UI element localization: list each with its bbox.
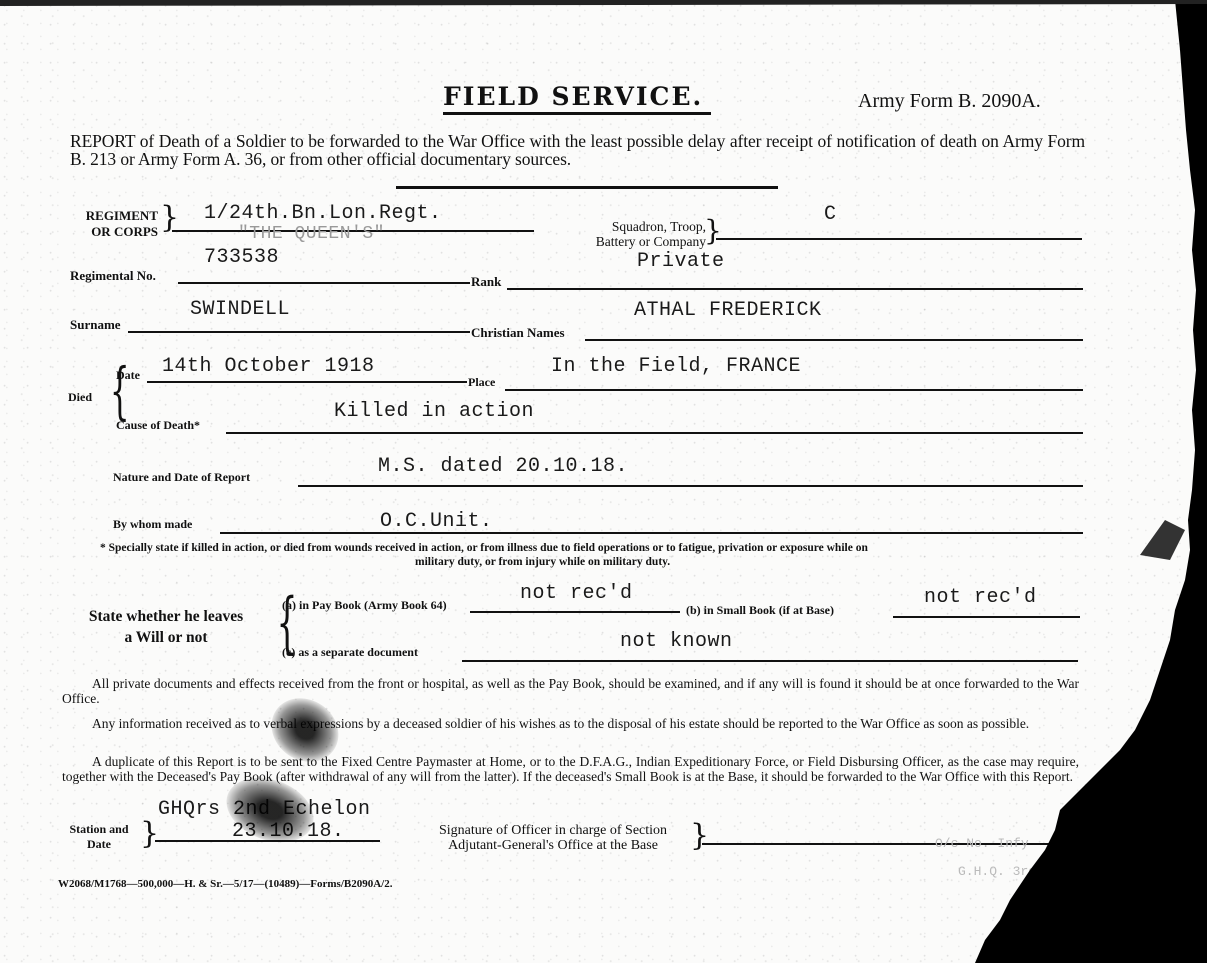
- station-date-label: Station and Date: [57, 822, 141, 852]
- station-label-line1: Station and: [57, 822, 141, 837]
- document-page: FIELD SERVICE. Army Form B. 2090A. REPOR…: [0, 0, 1207, 963]
- signature-label: Signature of Officer in charge of Sectio…: [416, 823, 690, 853]
- rank-line: [507, 288, 1083, 290]
- will-c-line: [462, 660, 1078, 662]
- regiment-label-line2: OR CORPS: [70, 224, 158, 240]
- will-c-label: (c) as a separate document: [282, 645, 418, 660]
- instruction-paragraph-1: All private documents and effects receiv…: [62, 676, 1079, 706]
- footnote-line1: * Specially state if killed in action, o…: [100, 542, 868, 554]
- squadron-label-line2: Battery or Company: [562, 234, 706, 249]
- cause-line: [226, 432, 1083, 434]
- christian-names-value: ATHAL FREDERICK: [634, 299, 822, 322]
- will-a-value: not rec'd: [520, 582, 633, 605]
- regimental-no-value: 733538: [204, 246, 279, 269]
- footnote-line2: military duty, or from injury while on m…: [415, 556, 670, 568]
- report-value: M.S. dated 20.10.18.: [378, 455, 628, 478]
- station-brace: }: [140, 816, 159, 851]
- cause-label: Cause of Death*: [116, 418, 200, 433]
- died-place-line: [505, 389, 1083, 391]
- header-rule: [396, 186, 778, 189]
- regiment-value: 1/24th.Bn.Lon.Regt.: [204, 202, 442, 225]
- squadron-value: C: [824, 203, 837, 226]
- signature-brace: }: [690, 818, 709, 853]
- christian-names-line: [585, 339, 1083, 341]
- form-number: Army Form B. 2090A.: [858, 90, 1041, 113]
- died-label: Died: [68, 390, 92, 405]
- squadron-line: [716, 238, 1082, 240]
- station-value: GHQrs 2nd Echelon: [158, 798, 371, 821]
- station-line: [155, 840, 380, 842]
- squadron-label-line1: Squadron, Troop,: [562, 219, 706, 234]
- will-b-line: [893, 616, 1080, 618]
- report-line: [298, 485, 1083, 487]
- will-c-value: not known: [620, 630, 733, 653]
- will-b-label: (b) in Small Book (if at Base): [686, 603, 834, 618]
- rank-value: Private: [637, 250, 725, 273]
- died-place-value: In the Field, FRANCE: [551, 355, 801, 378]
- by-whom-value: O.C.Unit.: [380, 510, 493, 533]
- instruction-paragraph-3: A duplicate of this Report is to be sent…: [62, 754, 1079, 784]
- will-label: State whether he leaves a Will or not: [62, 606, 270, 648]
- rank-label: Rank: [471, 274, 501, 290]
- christian-names-label: Christian Names: [471, 325, 565, 341]
- surname-value: SWINDELL: [190, 298, 290, 321]
- died-date-line: [147, 381, 467, 383]
- signature-label-line2: Adjutant-General's Office at the Base: [416, 838, 690, 853]
- signature-label-line1: Signature of Officer in charge of Sectio…: [416, 823, 690, 838]
- will-b-value: not rec'd: [924, 586, 1037, 609]
- surname-line: [128, 331, 470, 333]
- regiment-value-line2: "THE QUEEN'S": [238, 224, 385, 244]
- print-code: W2068/M1768—500,000—H. & Sr.—5/17—(10489…: [58, 878, 392, 890]
- stamp-line1: O/c No. Infy: [935, 836, 1029, 851]
- will-label-line2: a Will or not: [62, 627, 270, 648]
- regiment-label: REGIMENT OR CORPS: [70, 208, 158, 240]
- regimental-no-line: [178, 282, 470, 284]
- died-date-value: 14th October 1918: [162, 355, 375, 378]
- will-a-line: [470, 611, 680, 613]
- instruction-paragraph-2: Any information received as to verbal ex…: [62, 716, 1079, 731]
- regimental-no-label: Regimental No.: [70, 268, 156, 284]
- stamp-line2: G.H.Q. 3rd: [958, 864, 1036, 879]
- squadron-brace: }: [704, 214, 722, 247]
- intro-text: REPORT of Death of a Soldier to be forwa…: [70, 132, 1085, 168]
- report-label: Nature and Date of Report: [113, 470, 250, 485]
- died-place-label: Place: [468, 375, 495, 390]
- by-whom-line: [220, 532, 1083, 534]
- squadron-label: Squadron, Troop, Battery or Company: [562, 219, 706, 249]
- regiment-label-line1: REGIMENT: [70, 208, 158, 224]
- title-underline: [443, 112, 711, 115]
- form-title: FIELD SERVICE.: [443, 82, 703, 111]
- will-a-label: (a) in Pay Book (Army Book 64): [282, 598, 447, 613]
- died-date-label: Date: [116, 368, 140, 383]
- will-label-line1: State whether he leaves: [62, 606, 270, 627]
- cause-value: Killed in action: [334, 400, 534, 423]
- station-label-line2: Date: [57, 837, 141, 852]
- by-whom-label: By whom made: [113, 517, 192, 532]
- surname-label: Surname: [70, 317, 121, 333]
